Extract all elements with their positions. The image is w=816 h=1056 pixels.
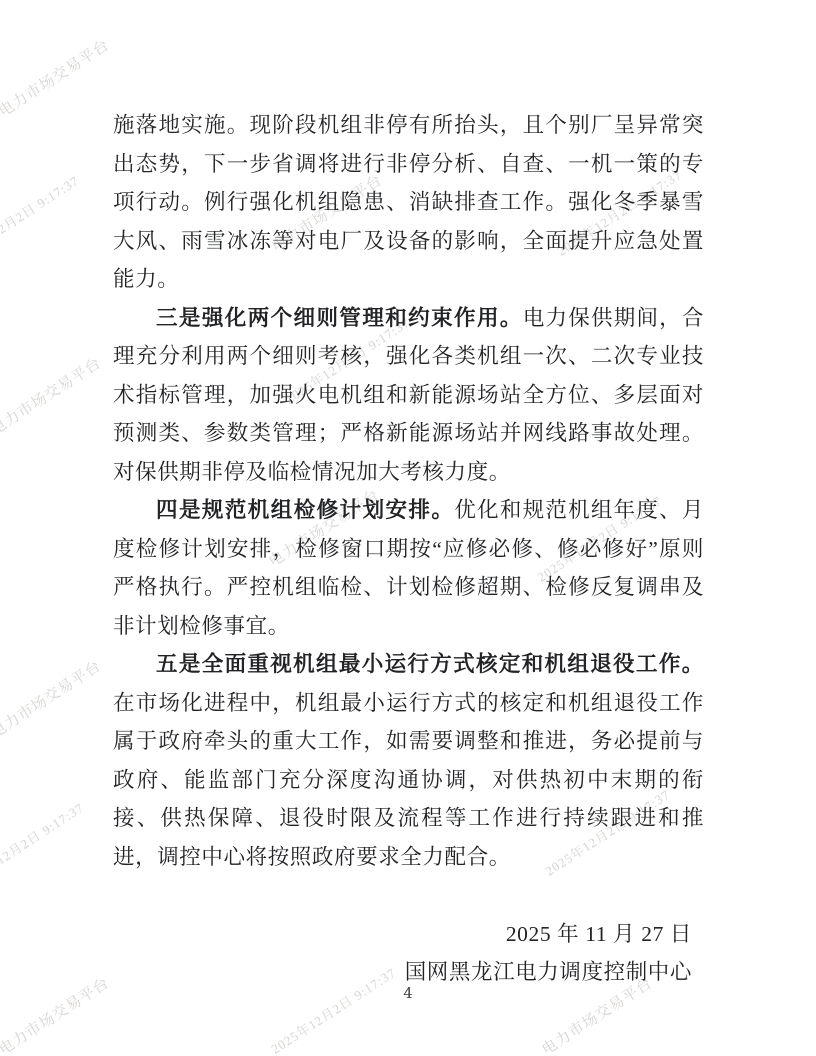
watermark-platform-text: 电力市场交易平台 — [0, 34, 113, 121]
watermark-platform-text: 电力市场交易平台 — [0, 352, 105, 439]
paragraphs: 施落地实施。现阶段机组非停有所抬头，且个别厂呈异常突出态势，下一步省调将进行非停… — [113, 106, 704, 876]
paragraph-1: 施落地实施。现阶段机组非停有所抬头，且个别厂呈异常突出态势，下一步省调将进行非停… — [113, 106, 704, 299]
watermark-platform-text: 电力市场交易平台 — [0, 655, 105, 742]
paragraph-3: 四是规范机组检修计划安排。优化和规范机组年度、月度检修计划安排，检修窗口期按“应… — [113, 491, 704, 645]
document-body: 施落地实施。现阶段机组非停有所抬头，且个别厂呈异常突出态势，下一步省调将进行非停… — [113, 106, 704, 992]
page-number: 4 — [0, 986, 816, 1002]
watermark-platform-text: 电力市场交易平台 — [0, 972, 113, 1056]
watermark-timestamp-text: 2025年12月2日 9:17:37 — [0, 797, 87, 892]
paragraph-4-lead: 五是全面重视机组最小运行方式核定和机组退役工作。 — [156, 652, 704, 676]
watermark-timestamp-text: 2025年12月2日 9:17:37 — [0, 170, 82, 265]
paragraph-3-lead: 四是规范机组检修计划安排。 — [156, 498, 454, 522]
document-date: 2025 年 11 月 27 日 — [113, 915, 704, 954]
paragraph-4: 五是全面重视机组最小运行方式核定和机组退役工作。在市场化进程中，机组最小运行方式… — [113, 645, 704, 876]
paragraph-2: 三是强化两个细则管理和约束作用。电力保供期间，合理充分利用两个细则考核，强化各类… — [113, 299, 704, 492]
document-page: 电力市场交易平台电力市场交易平台电力市场交易平台电力市场交易平台电力市场交易平台… — [0, 0, 816, 1056]
paragraph-2-lead: 三是强化两个细则管理和约束作用。 — [156, 306, 523, 330]
